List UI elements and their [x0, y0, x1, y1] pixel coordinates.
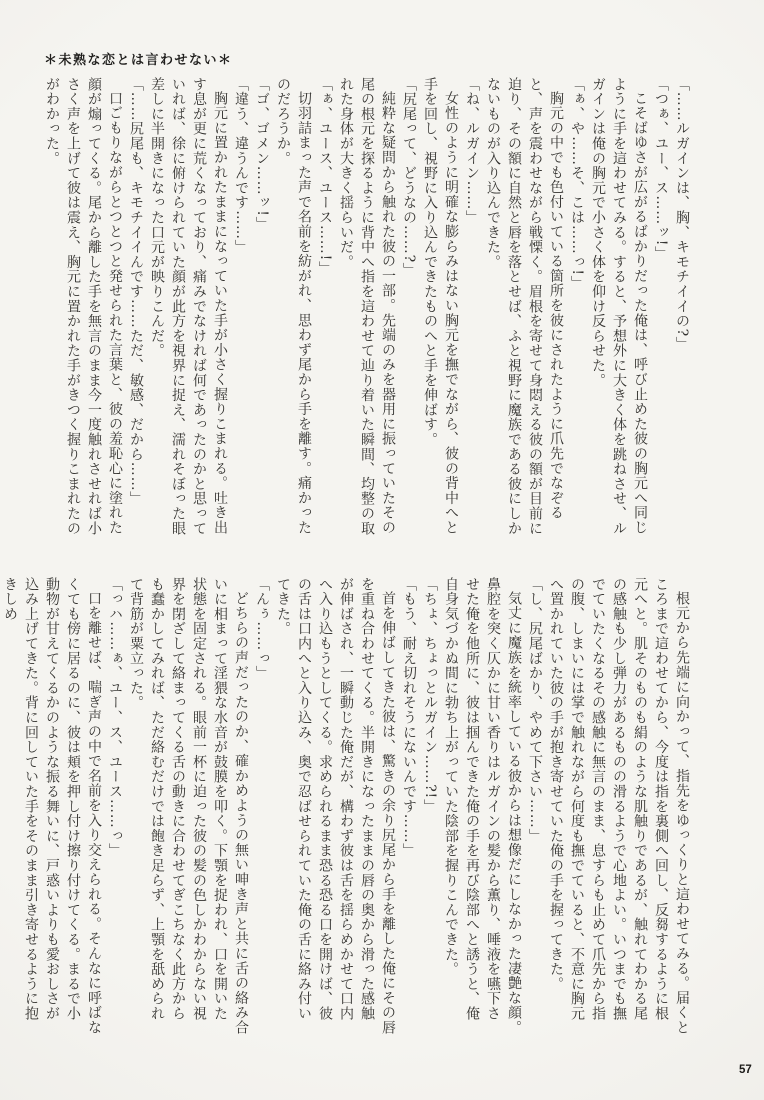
narrative-paragraph: 根元から先端に向かって、指先をゆっくりと這わせてみる。届くところまで這わせてから…	[545, 577, 692, 1035]
narrative-paragraph: 胸元に置かれたままになっていた手が小さく握りこまれる。吐き出す息が更に荒くなって…	[146, 77, 230, 537]
narrative-paragraph: 女性のように明確な膨らみはない胸元を撫でながら、彼の背中へと手を回し、視野に入り…	[419, 77, 461, 537]
narrative-paragraph: 口を離せば、喘ぎ声の中で名前を入り交えられる。そんなに呼ばなくても傍に居るのに、…	[0, 577, 104, 1035]
dialogue-line: 「ぁ、ユース、ユース……!」	[314, 77, 335, 537]
narrative-paragraph: 純粋な疑問から触れた彼の一部。先端のみを器用に振っていたその尾の根元を探るように…	[335, 77, 398, 537]
dialogue-line: 「ぁ、や……そ、こは……っ!」	[566, 77, 587, 537]
dialogue-line: 「んぅ……っ」	[251, 577, 272, 1035]
dialogue-line: 「し、尻尾ばかり、やめて下さい……」	[524, 577, 545, 1035]
scanned-novel-page: ＊未熟な恋とは言わせない＊ 「……ルガインは、胸、キモチイイの?」 「つぁ、ユー…	[0, 0, 764, 1100]
dialogue-line: 「ね、ルガイン……」	[461, 77, 482, 537]
text-block-bottom: 根元から先端に向かって、指先をゆっくりと這わせてみる。届くところまで這わせてから…	[40, 577, 692, 1035]
narrative-paragraph: 首を伸ばしてきた彼は、驚きの余り尻尾から手を離した俺にその唇を重ね合わせてくる。…	[272, 577, 398, 1035]
narrative-paragraph: どちらの声だったのか、確かめようの無い呻き声と共に舌の絡み合いに相まって淫猥な水…	[125, 577, 251, 1035]
narrative-paragraph: 切羽詰まった声で名前を紡がれ、思わず尾から手を離す。痛かったのだろうか。	[272, 77, 314, 537]
text-block-top: 「……ルガインは、胸、キモチイイの?」 「つぁ、ユー、ス……ッ!」 こそばゆさが…	[40, 77, 692, 537]
narrative-paragraph: こそばゆさが広がるばかりだった俺は、呼び止めた彼の胸元へ同じように手を這わせてみ…	[587, 77, 650, 537]
narrative-paragraph: 胸元の中でも色付いている箇所を彼にされたように爪先でなぞると、声を震わせながら戦…	[482, 77, 566, 537]
dialogue-line: 「もう、耐え切れそうにないんです……」	[398, 577, 419, 1035]
narrative-paragraph: 気丈に魔族を統率している彼からは想像だにしなかった凄艶な顔。鼻腔を突く仄かに甘い…	[440, 577, 524, 1035]
dialogue-line: 「尻尾って、どうなの……?」	[398, 77, 419, 537]
dialogue-line: 「違う、違うんです……」	[230, 77, 251, 537]
page-number: 57	[739, 1064, 752, 1076]
dialogue-line: 「つぁ、ユー、ス……ッ!」	[650, 77, 671, 537]
dialogue-line: 「……ルガインは、胸、キモチイイの?」	[671, 77, 692, 537]
dialogue-line: 「ゴ、ゴメン……ッ!」	[251, 77, 272, 537]
story-title: ＊未熟な恋とは言わせない＊	[44, 49, 233, 68]
dialogue-line: 「ちょ、ちょっとルガイン……?!」	[419, 577, 440, 1035]
dialogue-line: 「……尻尾も、キモチイイんです……ただ、敏感、だから……」	[125, 77, 146, 537]
narrative-paragraph: 口ごもりながらとつとつと発せられた言葉と、彼の羞恥心に塗れた顔が煽ってくる。尾か…	[41, 77, 125, 537]
dialogue-line: 「っハ……ぁ、ユー、ス、ユース……っ」	[104, 577, 125, 1035]
